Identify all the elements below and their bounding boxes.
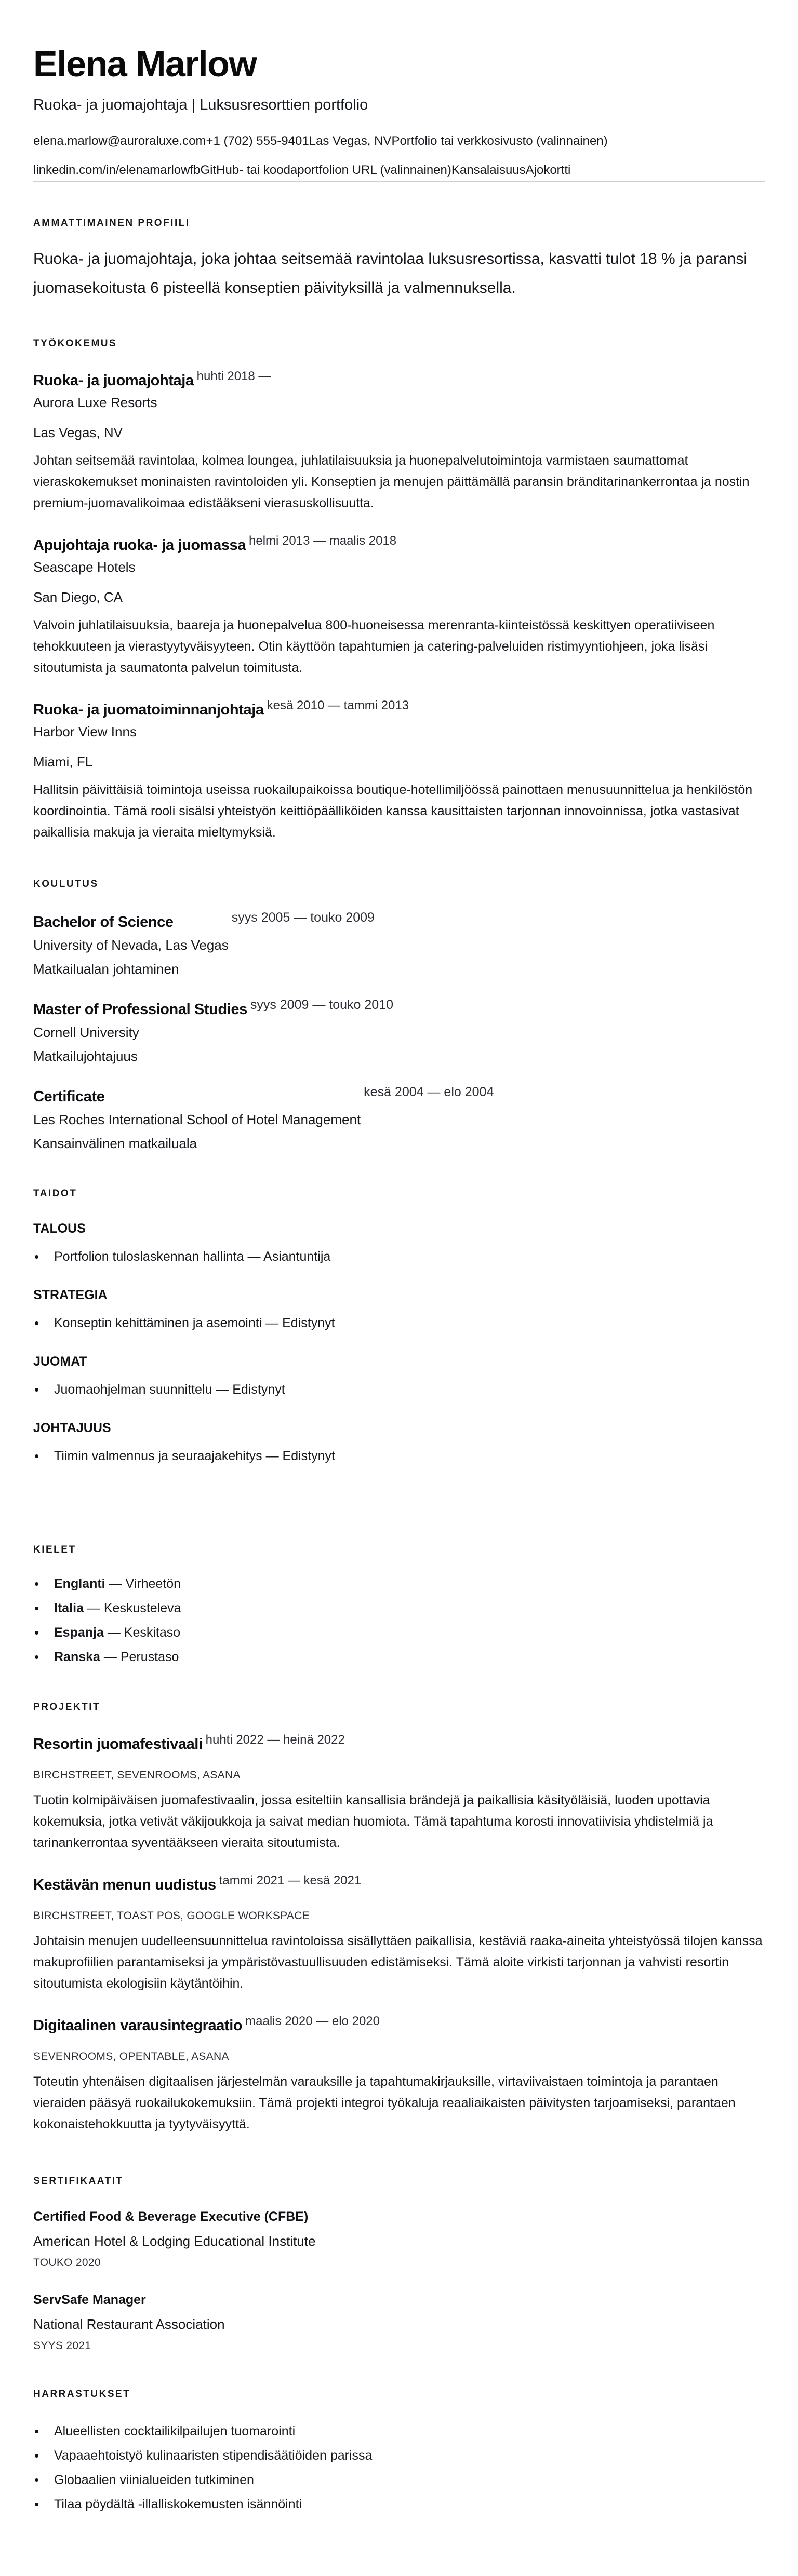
language-name: Italia — [54, 1601, 84, 1615]
section-experience: TYÖKOKEMUS Ruoka- ja juomajohtaja huhti … — [33, 337, 765, 843]
candidate-name: Elena Marlow — [33, 41, 765, 87]
degree-title: Certificate — [33, 1086, 361, 1107]
project-description: Toteutin yhtenäisen digitaalisen järjest… — [33, 2071, 765, 2135]
education-entry: Certificate kesä 2004 — elo 2004 Les Roc… — [33, 1086, 765, 1153]
job-company: Harbor View Inns — [33, 722, 765, 741]
language-level: — Perustaso — [100, 1650, 179, 1664]
job-location: San Diego, CA — [33, 588, 765, 606]
field-of-study: Matkailualan johtaminen — [33, 960, 229, 978]
language-item: Italia — Keskusteleva — [33, 1599, 765, 1617]
degree-title: Master of Professional Studies — [33, 999, 247, 1020]
certificate-issuer: National Restaurant Association — [33, 2315, 765, 2334]
certificate-date: SYYS 2021 — [33, 2339, 765, 2353]
profile-summary: Ruoka- ja juomajohtaja, joka johtaa seit… — [33, 245, 765, 303]
skill-category: TALOUS — [33, 1220, 765, 1237]
certificate-entry: ServSafe Manager National Restaurant Ass… — [33, 2291, 765, 2353]
job-title: Ruoka- ja juomajohtaja — [33, 370, 194, 391]
education-dates: syys 2009 — touko 2010 — [250, 997, 393, 1020]
language-level: — Keskitaso — [104, 1625, 180, 1640]
institution: Cornell University — [33, 1023, 247, 1042]
hobby-item: Alueellisten cocktailikilpailujen tuomar… — [33, 2422, 765, 2440]
job-entry: Apujohtaja ruoka- ja juomassa helmi 2013… — [33, 535, 765, 679]
education-dates: kesä 2004 — elo 2004 — [364, 1084, 494, 1107]
project-header: Kestävän menun uudistus tammi 2021 — kes… — [33, 1874, 765, 1895]
language-item: Englanti — Virheetön — [33, 1574, 765, 1593]
contact-email[interactable]: elena.marlow@auroraluxe.com — [33, 134, 206, 148]
education-entry: Bachelor of Science syys 2005 — touko 20… — [33, 912, 765, 978]
project-title: Kestävän menun uudistus — [33, 1874, 216, 1895]
section-title: KIELET — [33, 1543, 765, 1557]
job-description: Johtan seitsemää ravintolaa, kolmea loun… — [33, 450, 765, 514]
hobby-item: Vapaaehtoistyö kulinaaristen stipendisää… — [33, 2446, 765, 2465]
section-profile: AMMATTIMAINEN PROFIILI Ruoka- ja juomajo… — [33, 217, 765, 303]
job-location: Miami, FL — [33, 752, 765, 771]
section-title: SERTIFIKAATIT — [33, 2175, 765, 2188]
contact-citizenship: Kansalaisuus — [451, 163, 526, 177]
project-header: Digitaalinen varausintegraatio maalis 20… — [33, 2015, 765, 2036]
skill-item: Portfolion tuloslaskennan hallinta — Asi… — [33, 1247, 765, 1266]
contact-phone[interactable]: +1 (702) 555-9401 — [206, 134, 309, 148]
job-dates: kesä 2010 — tammi 2013 — [267, 698, 409, 713]
section-title: AMMATTIMAINEN PROFIILI — [33, 217, 765, 230]
skill-item: Tiimin valmennus ja seuraajakehitys — Ed… — [33, 1447, 765, 1465]
resume-content: Elena Marlow Ruoka- ja juomajohtaja | Lu… — [33, 41, 765, 2514]
project-dates: tammi 2021 — kesä 2021 — [219, 1873, 361, 1888]
project-header: Resortin juomafestivaali huhti 2022 — he… — [33, 1734, 765, 1755]
project-tools: SEVENROOMS, OPENTABLE, ASANA — [33, 2049, 765, 2064]
language-item: Ranska — Perustaso — [33, 1648, 765, 1666]
project-entry: Resortin juomafestivaali huhti 2022 — he… — [33, 1734, 765, 1854]
job-location: Las Vegas, NV — [33, 423, 765, 442]
contact-drivers-license: Ajokortti — [526, 163, 571, 177]
education-dates: syys 2005 — touko 2009 — [232, 910, 375, 933]
job-dates: helmi 2013 — maalis 2018 — [249, 534, 396, 548]
section-title: TYÖKOKEMUS — [33, 337, 765, 350]
section-hobbies: HARRASTUKSET Alueellisten cocktailikilpa… — [33, 2388, 765, 2514]
section-languages: KIELET Englanti — Virheetön Italia — Kes… — [33, 1543, 765, 1666]
language-level: — Keskusteleva — [84, 1601, 181, 1615]
skill-group: JOHTAJUUS Tiimin valmennus ja seuraajake… — [33, 1420, 765, 1465]
degree-title: Bachelor of Science — [33, 912, 229, 933]
job-header: Apujohtaja ruoka- ja juomassa helmi 2013… — [33, 535, 765, 556]
section-projects: PROJEKTIT Resortin juomafestivaali huhti… — [33, 1701, 765, 2135]
job-header: Ruoka- ja juomatoiminnanjohtaja kesä 201… — [33, 699, 765, 720]
skill-list: Juomaohjelman suunnittelu — Edistynyt — [33, 1380, 765, 1399]
job-header: Ruoka- ja juomajohtaja huhti 2018 — — [33, 370, 765, 391]
contact-portfolio[interactable]: Portfolio tai verkkosivusto (valinnainen… — [391, 134, 607, 148]
job-title: Apujohtaja ruoka- ja juomassa — [33, 535, 246, 556]
certificate-name: Certified Food & Beverage Executive (CFB… — [33, 2208, 765, 2226]
job-title: Ruoka- ja juomatoiminnanjohtaja — [33, 699, 264, 720]
certificate-date: TOUKO 2020 — [33, 2256, 765, 2270]
language-level: — Virheetön — [105, 1576, 181, 1591]
skill-item: Juomaohjelman suunnittelu — Edistynyt — [33, 1380, 765, 1399]
job-company: Aurora Luxe Resorts — [33, 393, 765, 412]
contact-location: Las Vegas, NV — [309, 134, 392, 148]
institution: University of Nevada, Las Vegas — [33, 936, 229, 954]
skill-list: Konseptin kehittäminen ja asemointi — Ed… — [33, 1314, 765, 1332]
section-title: PROJEKTIT — [33, 1701, 765, 1714]
job-description: Valvoin juhlatilaisuuksia, baareja ja hu… — [33, 615, 765, 679]
certificate-name: ServSafe Manager — [33, 2291, 765, 2309]
skill-group: TALOUS Portfolion tuloslaskennan hallint… — [33, 1220, 765, 1266]
skill-list: Portfolion tuloslaskennan hallinta — Asi… — [33, 1247, 765, 1266]
section-skills: TAIDOT TALOUS Portfolion tuloslaskennan … — [33, 1187, 765, 1465]
skill-item: Konseptin kehittäminen ja asemointi — Ed… — [33, 1314, 765, 1332]
skill-group: STRATEGIA Konseptin kehittäminen ja asem… — [33, 1287, 765, 1332]
section-education: KOULUTUS Bachelor of Science syys 2005 —… — [33, 878, 765, 1153]
resume-header: Elena Marlow Ruoka- ja juomajohtaja | Lu… — [33, 41, 765, 182]
project-entry: Digitaalinen varausintegraatio maalis 20… — [33, 2015, 765, 2135]
education-entry: Master of Professional Studies syys 2009… — [33, 999, 765, 1066]
contact-github[interactable]: GitHub- tai koodaportfolion URL (valinna… — [201, 163, 451, 177]
job-entry: Ruoka- ja juomajohtaja huhti 2018 — Auro… — [33, 370, 765, 514]
section-title: TAIDOT — [33, 1187, 765, 1201]
hobby-item: Tilaa pöydältä -illalliskokemusten isänn… — [33, 2495, 765, 2514]
header-divider — [33, 181, 765, 182]
contact-linkedin[interactable]: linkedin.com/in/elenamarlowfb — [33, 163, 201, 177]
contact-row-primary: elena.marlow@auroraluxe.com+1 (702) 555-… — [33, 133, 765, 150]
language-name: Englanti — [54, 1576, 105, 1591]
field-of-study: Kansainvälinen matkailuala — [33, 1134, 361, 1153]
skill-category: STRATEGIA — [33, 1287, 765, 1303]
field-of-study: Matkailujohtajuus — [33, 1047, 247, 1066]
project-description: Johtaisin menujen uudelleensuunnittelua … — [33, 1931, 765, 1994]
job-description: Hallitsin päivittäisiä toimintoja useiss… — [33, 779, 765, 843]
skill-group: JUOMAT Juomaohjelman suunnittelu — Edist… — [33, 1353, 765, 1399]
language-list: Englanti — Virheetön Italia — Keskustele… — [33, 1574, 765, 1666]
project-description: Tuotin kolmipäiväisen juomafestivaalin, … — [33, 1790, 765, 1854]
section-title: HARRASTUKSET — [33, 2388, 765, 2401]
project-entry: Kestävän menun uudistus tammi 2021 — kes… — [33, 1874, 765, 1994]
project-dates: maalis 2020 — elo 2020 — [245, 2014, 380, 2029]
job-company: Seascape Hotels — [33, 558, 765, 576]
job-entry: Ruoka- ja juomatoiminnanjohtaja kesä 201… — [33, 699, 765, 843]
hobby-item: Globaalien viinialueiden tutkiminen — [33, 2471, 765, 2489]
skill-list: Tiimin valmennus ja seuraajakehitys — Ed… — [33, 1447, 765, 1465]
skill-category: JOHTAJUUS — [33, 1420, 765, 1436]
certificate-entry: Certified Food & Beverage Executive (CFB… — [33, 2208, 765, 2270]
hobby-list: Alueellisten cocktailikilpailujen tuomar… — [33, 2422, 765, 2514]
skill-category: JUOMAT — [33, 1353, 765, 1370]
project-title: Resortin juomafestivaali — [33, 1734, 203, 1755]
project-title: Digitaalinen varausintegraatio — [33, 2015, 242, 2036]
project-dates: huhti 2022 — heinä 2022 — [206, 1733, 345, 1747]
resume-page: Elena Marlow Ruoka- ja juomajohtaja | Lu… — [0, 0, 798, 2576]
contact-row-secondary: linkedin.com/in/elenamarlowfbGitHub- tai… — [33, 162, 765, 179]
language-item: Espanja — Keskitaso — [33, 1623, 765, 1642]
job-dates: huhti 2018 — — [197, 369, 271, 384]
section-certificates: SERTIFIKAATIT Certified Food & Beverage … — [33, 2175, 765, 2353]
project-tools: BIRCHSTREET, TOAST POS, GOOGLE WORKSPACE — [33, 1909, 765, 1923]
language-name: Ranska — [54, 1650, 100, 1664]
section-title: KOULUTUS — [33, 878, 765, 891]
certificate-issuer: American Hotel & Lodging Educational Ins… — [33, 2232, 765, 2250]
institution: Les Roches International School of Hotel… — [33, 1110, 361, 1129]
language-name: Espanja — [54, 1625, 104, 1640]
headline: Ruoka- ja juomajohtaja | Luksusresorttie… — [33, 95, 765, 115]
project-tools: BIRCHSTREET, SEVENROOMS, ASANA — [33, 1768, 765, 1783]
